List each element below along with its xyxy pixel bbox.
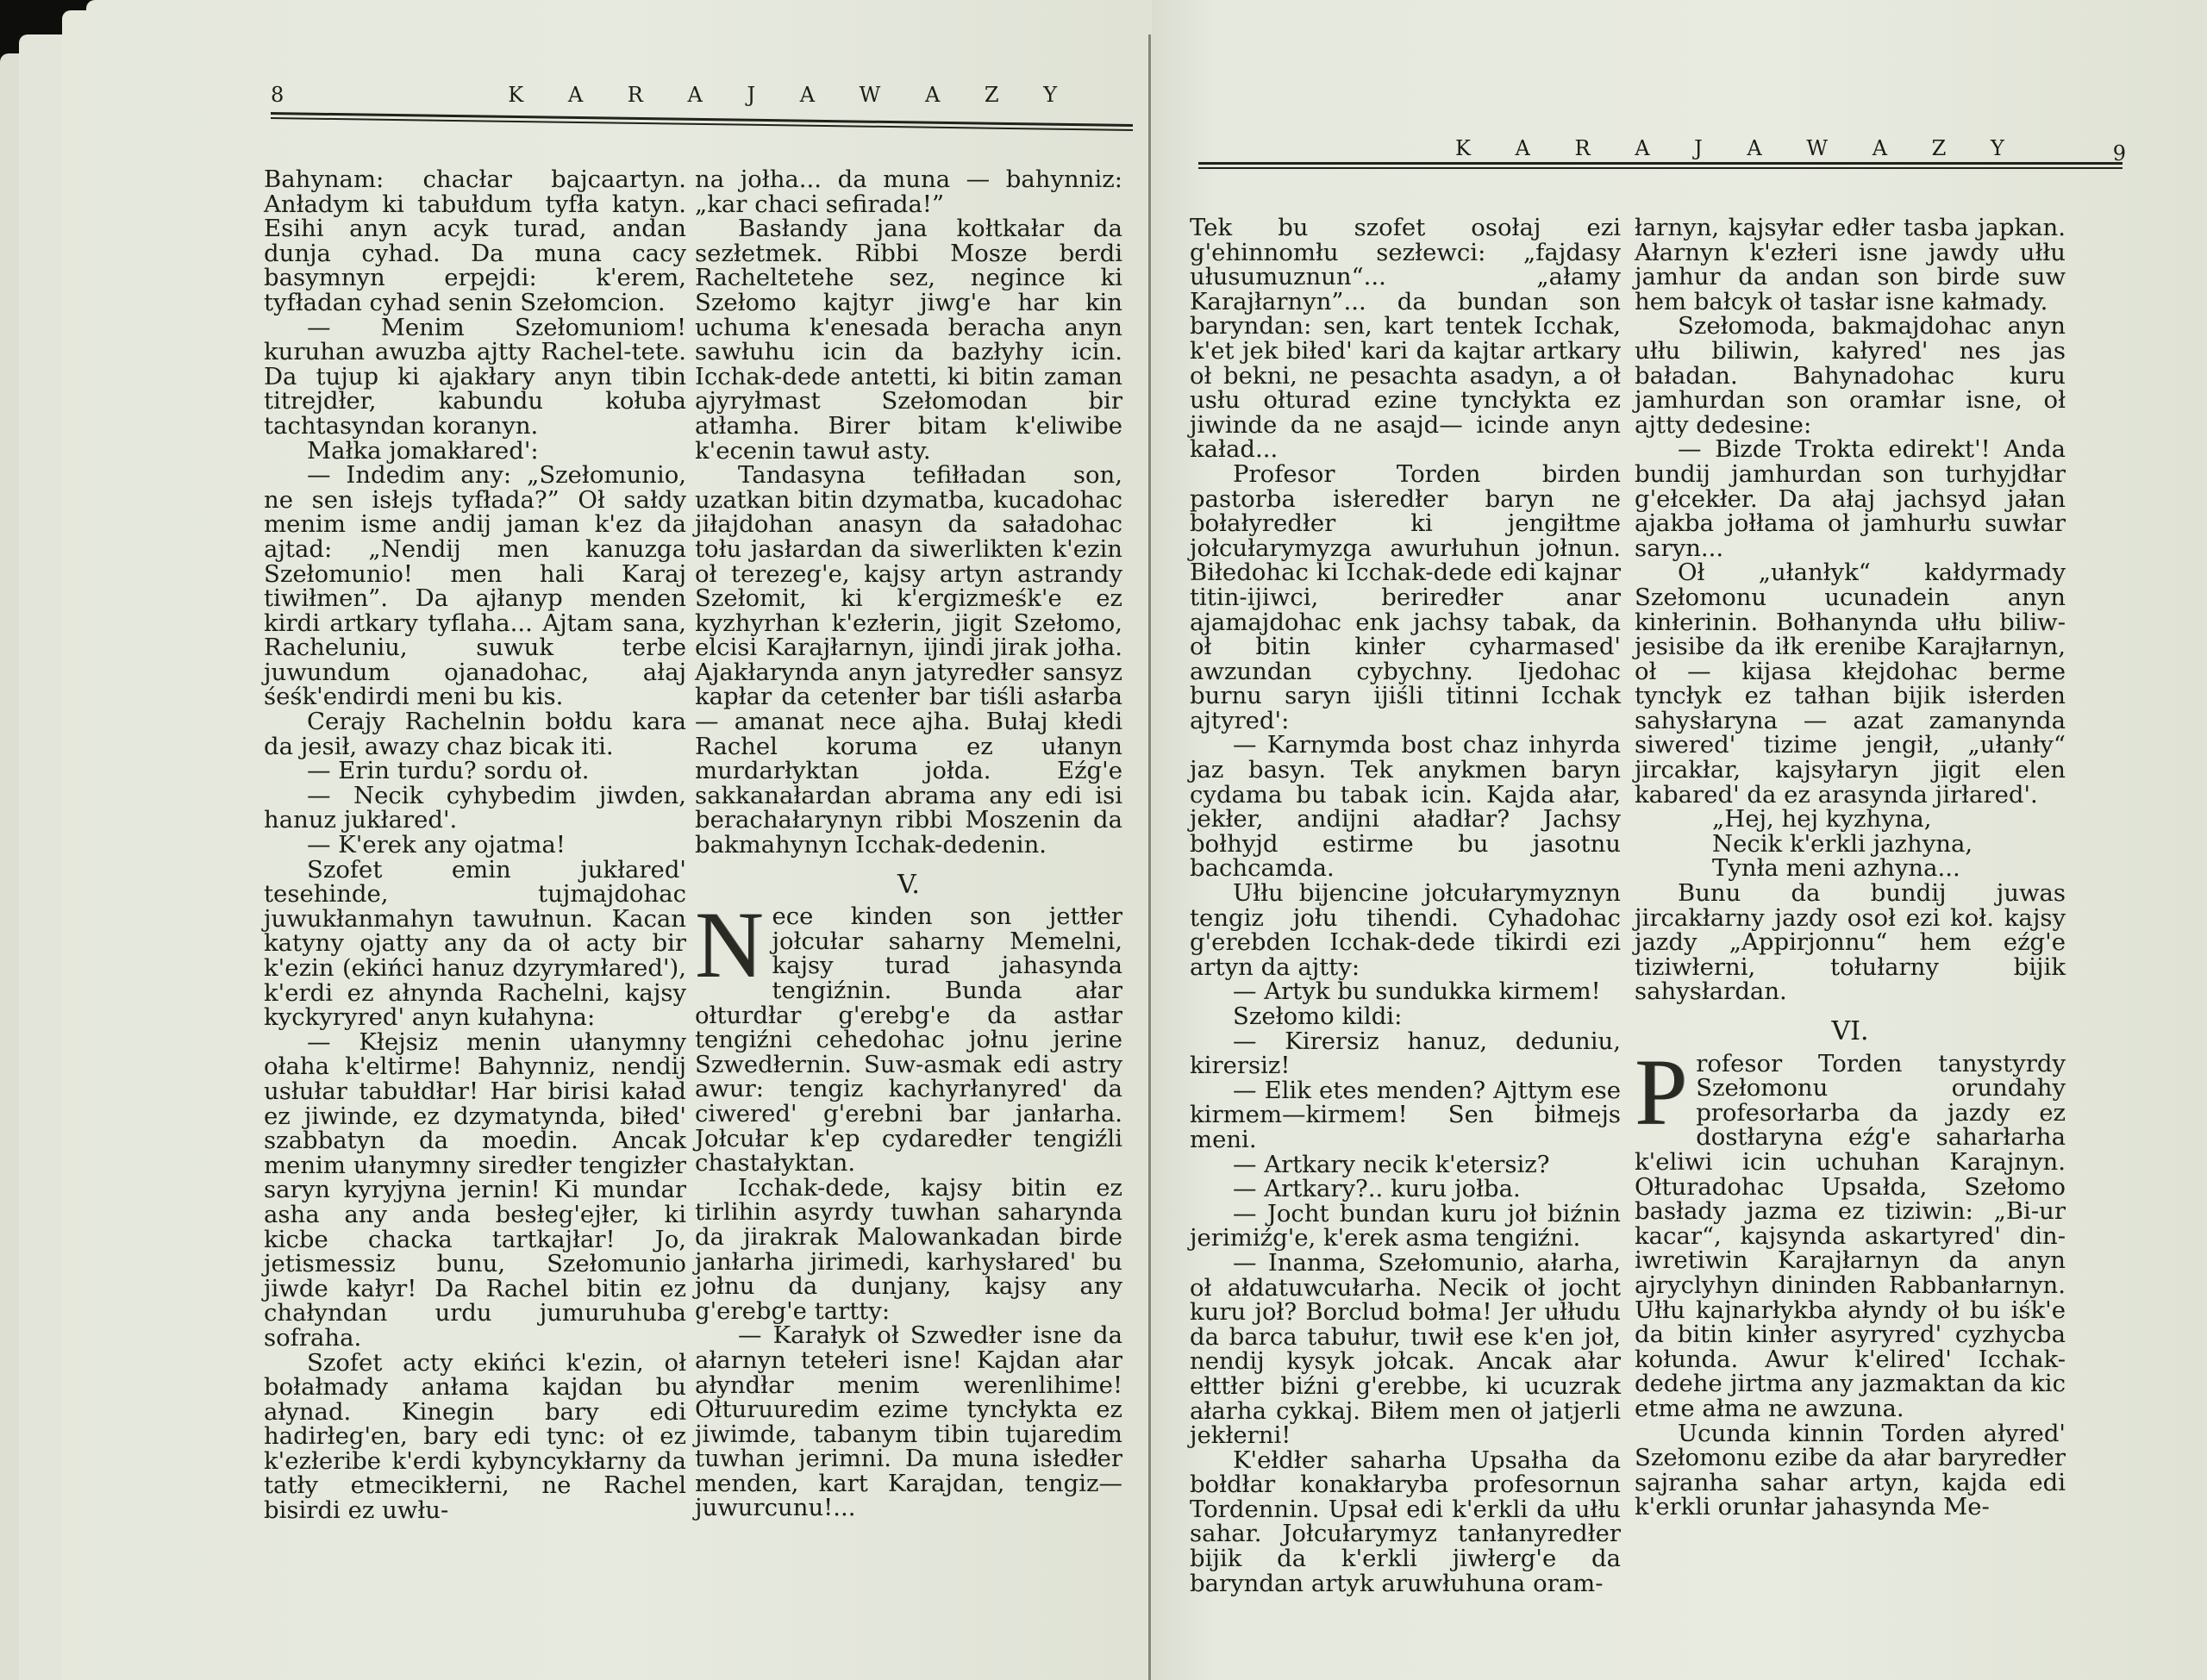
paragraph: Basłandy jana kołtkałar da sezłetmek. Ri… [695, 216, 1122, 463]
section-heading-vi: VI. [1635, 1020, 2066, 1045]
paragraph: — Necik cyhybedim jiwden, hanuz jukłared… [264, 784, 686, 833]
paragraph: Szofet emin jukłared' tesehinde, tujmajd… [264, 858, 686, 1030]
paragraph: Ułłu bijencine jołcułarymyznyn tengiz jo… [1190, 881, 1621, 979]
page-edge [19, 34, 67, 1680]
paragraph: Tandasyna tefiłładan son, uzatkan bitin … [695, 463, 1122, 858]
paragraph: Oł „ułanłyk“ kałdyrmady Szełomonu ucunad… [1635, 560, 2066, 807]
paragraph: — Artkary necik k'etersiz? [1190, 1152, 1621, 1177]
paragraph: K'ełdłer saharha Upsałha da bołdłar kona… [1190, 1448, 1621, 1596]
paragraph: — Bizde Trokta edirekt'! Anda bundij jam… [1635, 437, 2066, 560]
column-left: Bahynam: chacłar bajcaartyn. Anładym ki … [264, 167, 686, 1523]
paragraph: Bunu da bundij juwas jircakłarny jazdy o… [1635, 881, 2066, 1004]
page-9: K A R A J A W A Z Y 9 Tek bu szofet osoł… [1152, 0, 2207, 1680]
paragraph: — Kirersiz hanuz, deduniu, kirersiz! [1190, 1029, 1621, 1078]
paragraph: — Erin turdu? sordu oł. [264, 759, 686, 784]
paragraph: — Inanma, Szełomunio, ałarha, oł ałdatuw… [1190, 1251, 1621, 1448]
paragraph: — Artkary?.. kuru jołba. [1190, 1177, 1621, 1202]
paragraph: — K'erek any ojatma! [264, 833, 686, 858]
paragraph: — Jocht bundan kuru joł biźnin jerimiźg'… [1190, 1202, 1621, 1251]
verse-line: „Hej, hej kyzhyna, [1712, 807, 2066, 832]
verse-line: Tynła meni azhyna... [1712, 856, 2066, 881]
drop-cap-letter: P [1635, 1055, 1687, 1129]
paragraph: Cerajy Rachelnin bołdu kara da jesił, aw… [264, 709, 686, 759]
paragraph: Szełomoda, bakmajdohac anyn ułłu biliwin… [1635, 314, 2066, 437]
paragraph: łarnyn, kajsyłar edłer tasba japkan. Ała… [1635, 215, 2066, 314]
paragraph: na jołha... da muna — bahynniz: „kar cha… [695, 167, 1122, 216]
paragraph: Profesor Torden birden pastorba isłeredł… [1190, 462, 1621, 734]
paragraph: — Kłejsiz menin ułanymny ołaha k'eltirme… [264, 1030, 686, 1351]
section-v-opening: N ece kinden son jettłer jołcułar saharn… [695, 904, 1122, 1176]
column-right: łarnyn, kajsyłar edłer tasba japkan. Ała… [1635, 215, 2066, 1520]
book-spread: 8 K A R A J A W A Z Y Bahynam: chacłar b… [0, 0, 2207, 1680]
drop-cap-letter: N [695, 908, 763, 982]
paragraph: — Indedim any: „Szełomunio, ne sen isłej… [264, 463, 686, 709]
paragraph: — Menim Szełomuniom! kuruhan awuzba ajtt… [264, 315, 686, 439]
paragraph: Icchak-dede, kajsy bitin ez tirlihin asy… [695, 1176, 1122, 1324]
paragraph: Tek bu szofet osołaj ezi g'ehinnomłu sez… [1190, 215, 1621, 462]
column-right: na jołha... da muna — bahynniz: „kar cha… [695, 167, 1122, 1521]
verse-line: Necik k'erkli jazhyna, [1712, 832, 2066, 857]
paragraph: Bahynam: chacłar bajcaartyn. Anładym ki … [264, 167, 686, 315]
section-vi-opening: P rofesor Torden tanystyrdy Szełomonu or… [1635, 1052, 2066, 1421]
page-number: 8 [271, 83, 284, 107]
paragraph: — Artyk bu sundukka kirmem! [1190, 979, 1621, 1004]
paragraph: — Karałyk oł Szwedłer isne da ałarnyn te… [695, 1323, 1122, 1521]
column-left: Tek bu szofet osołaj ezi g'ehinnomłu sez… [1190, 215, 1621, 1596]
paragraph: rofesor Torden tanystyrdy Szełomonu orun… [1635, 1052, 2066, 1421]
paragraph: Szofet acty ekińci k'ezin, oł bołałmady … [264, 1351, 686, 1523]
paragraph: — Elik etes menden? Ajttym ese kirmem—ki… [1190, 1078, 1621, 1152]
running-head: K A R A J A W A Z Y 9 [1207, 136, 2121, 160]
book-gutter [1148, 34, 1151, 1680]
page-8: 8 K A R A J A W A Z Y Bahynam: chacłar b… [102, 0, 1152, 1680]
paragraph: Ucunda kinnin Torden ałyred' Szełomonu e… [1635, 1421, 2066, 1520]
paragraph: — Karnymda bost chaz inhyrda jaz basyn. … [1190, 733, 1621, 881]
running-head: 8 K A R A J A W A Z Y [271, 83, 1133, 107]
paragraph: Szełomo kildi: [1190, 1004, 1621, 1029]
journal-title: K A R A J A W A Z Y [508, 83, 1076, 107]
header-double-rule [271, 112, 1133, 131]
paragraph: Małka jomakłared': [264, 439, 686, 464]
header-double-rule [1198, 162, 2123, 169]
verse-block: „Hej, hej kyzhyna, Necik k'erkli jazhyna… [1635, 807, 2066, 881]
journal-title: K A R A J A W A Z Y [1455, 136, 2023, 160]
